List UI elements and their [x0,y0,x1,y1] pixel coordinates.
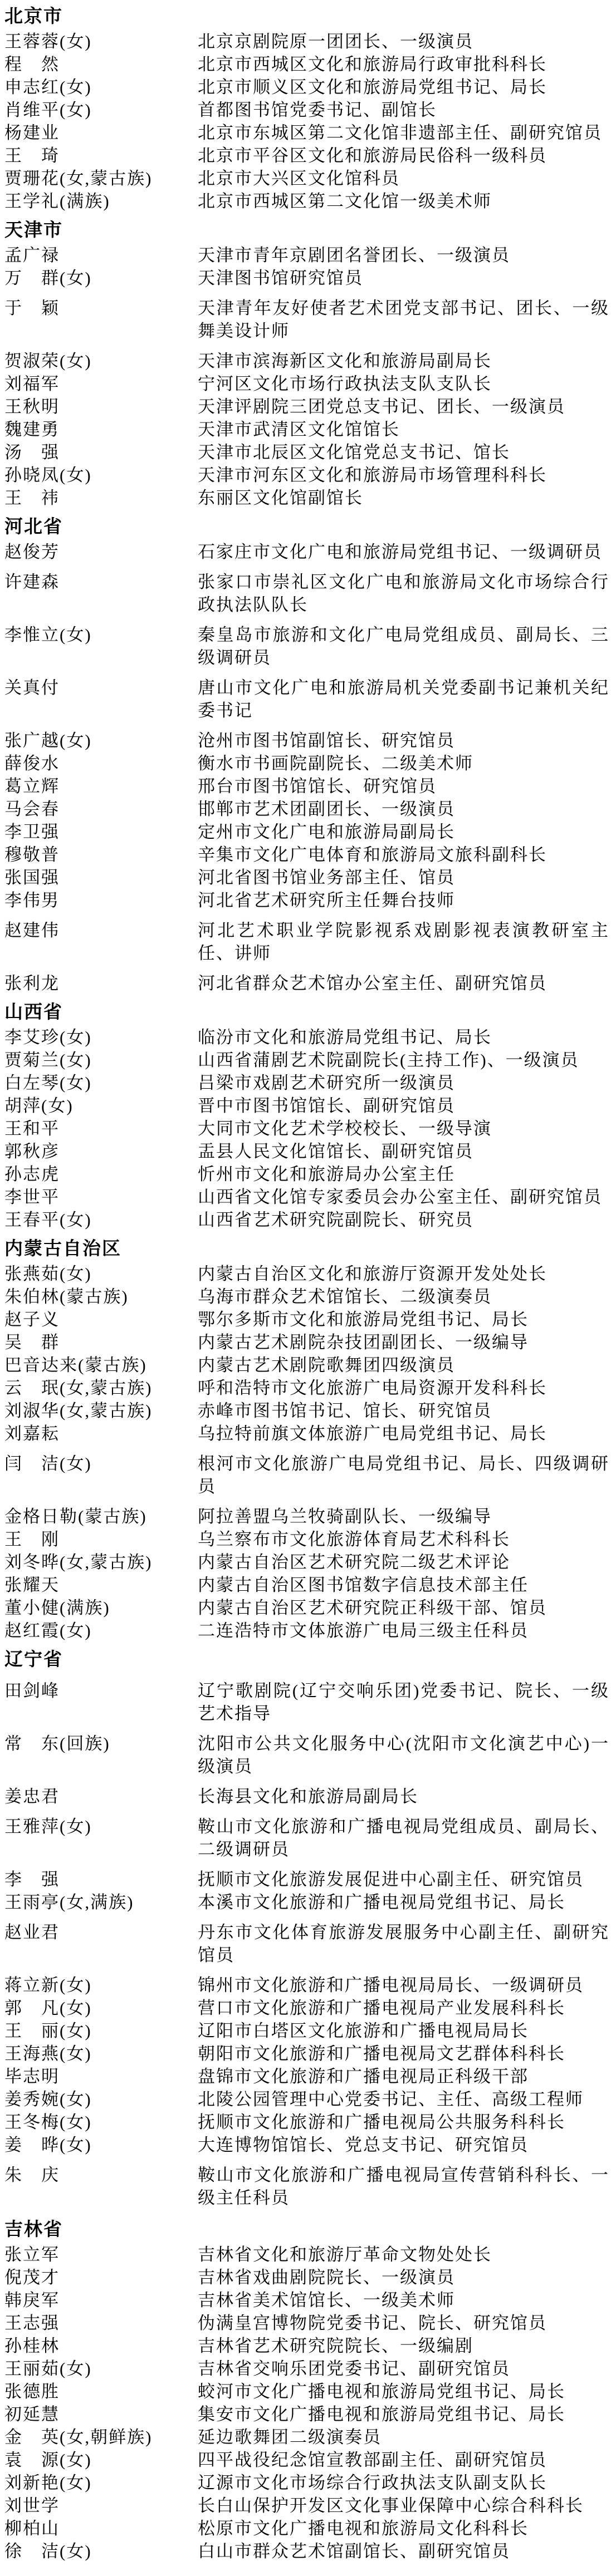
person-position: 乌拉特前旗文体旅游广电局党组书记、局长 [198,1422,609,1445]
person-position: 长海县文化和旅游局副局长 [198,1785,609,1808]
person-position: 山西省文化馆专家委员会办公室主任、副研究馆员 [198,1186,609,1208]
person-position: 盂县人民文化馆馆长、副研究馆员 [198,1140,609,1163]
person-position: 吉林省交响乐团党委书记、副研究馆员 [198,2357,609,2380]
entry-row: 王 丽(女)辽阳市白塔区文化旅游和广播电视局局长 [4,2019,609,2042]
person-position: 天津市北辰区文化馆党总支书记、馆长 [198,441,609,464]
entry-row: 张燕茹(女)内蒙古自治区文化和旅游厅资源开发处处长 [4,1262,609,1285]
person-name: 赵红霞(女) [4,1619,198,1642]
person-position: 辽宁歌剧院(辽宁交响乐团)党委书记、院长、一级艺术指导 [198,1679,609,1725]
person-name: 徐 洁(女) [4,2540,198,2563]
entry-row: 董小健(满族)内蒙古自治区艺术研究院正科级干部、馆员 [4,1596,609,1619]
entry-row: 杨建业北京市东城区第二文化馆非遗部主任、副研究馆员 [4,121,609,144]
entry-row: 倪茂才吉林省戏曲剧院院长、一级演员 [4,2266,609,2289]
person-name: 金 英(女,朝鲜族) [4,2426,198,2449]
person-name: 李 强 [4,1868,198,1891]
person-name: 汤 强 [4,441,198,464]
person-name: 程 然 [4,53,198,76]
person-name: 李伟男 [4,889,198,912]
person-name: 许建森 [4,571,198,593]
person-position: 蛟河市文化广播电视和旅游局党组书记、局长 [198,2380,609,2403]
entry-row: 刘新艳(女)辽源市文化市场综合行政执法支队副支队长 [4,2471,609,2494]
entry-row: 王 刚乌兰察布市文化旅游体育局艺术科科长 [4,1528,609,1551]
entry-row: 李卫强定州市文化广电和旅游局副局长 [4,820,609,843]
person-name: 薛俊水 [4,752,198,775]
person-position: 四平战役纪念馆宣教部副主任、副研究馆员 [198,2449,609,2471]
person-name: 韩戾军 [4,2289,198,2312]
person-position: 赤峰市图书馆书记、馆长、研究馆员 [198,1399,609,1422]
person-position: 延边歌舞团二级演奏员 [198,2426,609,2449]
entry-row: 薛俊水衡水市书画院副院长、二级美术师 [4,752,609,775]
person-position: 抚顺市文化旅游和广播电视局公共服务科科长 [198,2111,609,2133]
entry-row: 魏建勇天津市武清区文化馆馆长 [4,418,609,441]
person-name: 吴 群 [4,1331,198,1354]
entry-row: 金 英(女,朝鲜族)延边歌舞团二级演奏员 [4,2426,609,2449]
person-name: 王春平(女) [4,1208,198,1231]
entry-row: 马会春邯郸市艺术团副团长、一级演员 [4,798,609,820]
person-name: 王冬梅(女) [4,2111,198,2133]
person-name: 王秋明 [4,395,198,418]
entry-row: 贾珊花(女,蒙古族)北京市大兴区文化馆科员 [4,167,609,190]
person-name: 刘嘉耘 [4,1422,198,1445]
person-name: 姜秀婉(女) [4,2088,198,2111]
person-name: 王和平 [4,1117,198,1140]
person-name: 初延慧 [4,2403,198,2426]
entry-row: 姜 晔(女)大连博物馆馆长、党总支书记、研究馆员 [4,2133,609,2156]
person-name: 孙桂林 [4,2334,198,2357]
entry-row: 于 颖天津青年友好使者艺术团党支部书记、团长、一级舞美设计师 [4,297,609,342]
person-name: 贾珊花(女,蒙古族) [4,167,198,190]
person-name: 姜 晔(女) [4,2133,198,2156]
person-position: 北京京剧院原一团团长、一级演员 [198,30,609,53]
entry-row: 李惟立(女)秦皇岛市旅游和文化广电局党组成员、副局长、三级调研员 [4,623,609,669]
person-name: 毕志明 [4,2065,198,2088]
person-position: 盘锦市文化旅游和广播电视局正科级干部 [198,2065,609,2088]
person-position: 乌兰察布市文化旅游体育局艺术科科长 [198,1528,609,1551]
person-name: 朱 庆 [4,2164,198,2186]
person-position: 内蒙古艺术剧院杂技团副团长、一级编导 [198,1331,609,1354]
person-name: 李世平 [4,1186,198,1208]
person-position: 吉林省美术馆馆长、一级美术师 [198,2289,609,2312]
person-name: 葛立辉 [4,775,198,798]
person-name: 郭秋彦 [4,1140,198,1163]
person-position: 二连浩特市文体旅游广电局三级主任科员 [198,1619,609,1642]
entry-row: 刘淑华(女,蒙古族)赤峰市图书馆书记、馆长、研究馆员 [4,1399,609,1422]
entry-row: 王蓉蓉(女)北京京剧院原一团团长、一级演员 [4,30,609,53]
person-name: 刘淑华(女,蒙古族) [4,1399,198,1422]
person-name: 倪茂才 [4,2266,198,2289]
entry-row: 贺淑荣(女)天津市滨海新区文化和旅游局副局长 [4,350,609,372]
person-name: 魏建勇 [4,418,198,441]
person-position: 呼和浩特市文化旅游广电局资源开发科科长 [198,1377,609,1399]
person-position: 山西省蒲剧艺术院副院长(主持工作)、一级演员 [198,1049,609,1071]
person-position: 内蒙古自治区艺术研究院二级艺术评论 [198,1551,609,1574]
entry-row: 张立军吉林省文化和旅游厅革命文物处处长 [4,2243,609,2266]
entry-row: 葛立辉邢台市图书馆馆长、研究馆员 [4,775,609,798]
entry-row: 巴音达来(蒙古族)内蒙古艺术剧院歌舞团四级演员 [4,1354,609,1377]
person-position: 北京市大兴区文化馆科员 [198,167,609,190]
person-position: 忻州市文化和旅游局办公室主任 [198,1163,609,1186]
entry-row: 蒋立新(女)锦州市文化旅游和广播电视局局长、一级调研员 [4,1974,609,1997]
person-position: 本溪市文化旅游和广播电视局党组书记、局长 [198,1891,609,1914]
person-name: 贺淑荣(女) [4,350,198,372]
entry-row: 王春平(女)山西省艺术研究院副院长、研究员 [4,1208,609,1231]
person-name: 孟广禄 [4,244,198,267]
entry-row: 许建森张家口市崇礼区文化广电和旅游局文化市场综合行政执法队队长 [4,571,609,616]
entry-row: 刘世学长白山保护开发区文化事业保障中心综合科科长 [4,2494,609,2517]
entry-row: 万 群(女)天津图书馆研究馆员 [4,267,609,289]
person-name: 张国强 [4,866,198,889]
person-position: 辽阳市白塔区文化旅游和广播电视局局长 [198,2019,609,2042]
person-position: 张家口市崇礼区文化广电和旅游局文化市场综合行政执法队队长 [198,571,609,616]
person-position: 沈阳市公共文化服务中心(沈阳市文化演艺中心)一级演员 [198,1732,609,1778]
person-position: 内蒙古自治区文化和旅游厅资源开发处处长 [198,1262,609,1285]
person-name: 金格日勒(蒙古族) [4,1505,198,1528]
person-position: 松原市文化广播电视和旅游局文化科科长 [198,2517,609,2540]
person-name: 刘新艳(女) [4,2471,198,2494]
person-position: 宁河区文化市场行政执法支队支队长 [198,372,609,395]
person-name: 张德胜 [4,2380,198,2403]
person-name: 张立军 [4,2243,198,2266]
person-name: 张燕茹(女) [4,1262,198,1285]
person-position: 秦皇岛市旅游和文化广电局党组成员、副局长、三级调研员 [198,623,609,669]
person-name: 云 珉(女,蒙古族) [4,1377,198,1399]
province-heading: 河北省 [4,514,609,539]
person-position: 东丽区文化馆副馆长 [198,486,609,509]
person-position: 朝阳市文化旅游和广播电视局文艺群体科科长 [198,2042,609,2065]
entry-row: 朱伯林(蒙古族)乌海市群众艺术馆馆长、二级演奏员 [4,1285,609,1308]
person-position: 白山市群众艺术馆副馆长、副研究馆员 [198,2540,609,2563]
entry-row: 李 强抚顺市文化旅游发展促进中心副主任、研究馆员 [4,1868,609,1891]
entry-row: 肖维平(女)首都图书馆党委书记、副馆长 [4,99,609,121]
person-position: 河北省艺术研究所主任舞台技师 [198,889,609,912]
person-name: 白左琴(女) [4,1071,198,1094]
entry-row: 王雨亭(女,满族)本溪市文化旅游和广播电视局党组书记、局长 [4,1891,609,1914]
person-name: 姜忠君 [4,1785,198,1808]
province-heading: 天津市 [4,217,609,243]
person-name: 王丽茹(女) [4,2357,198,2380]
entry-row: 赵红霞(女)二连浩特市文体旅游广电局三级主任科员 [4,1619,609,1642]
person-position: 沧州市图书馆副馆长、研究馆员 [198,729,609,752]
person-name: 赵业君 [4,1921,198,1944]
person-position: 河北艺术职业学院影视系戏剧影视表演教研室主任、讲师 [198,919,609,965]
entry-row: 李世平山西省文化馆专家委员会办公室主任、副研究馆员 [4,1186,609,1208]
entry-row: 孙晓凤(女)天津市河东区文化和旅游局市场管理科科长 [4,464,609,486]
person-name: 王蓉蓉(女) [4,30,198,53]
entry-row: 袁 源(女)四平战役纪念馆宣教部副主任、副研究馆员 [4,2449,609,2471]
person-position: 北京市西城区第二文化馆一级美术师 [198,190,609,213]
person-name: 张耀天 [4,1574,198,1596]
person-position: 长白山保护开发区文化事业保障中心综合科科长 [198,2494,609,2517]
entry-row: 赵建伟河北艺术职业学院影视系戏剧影视表演教研室主任、讲师 [4,919,609,965]
entry-row: 朱 庆鞍山市文化旅游和广播电视局宣传营销科科长、一级主任科员 [4,2164,609,2209]
person-position: 天津市河东区文化和旅游局市场管理科科长 [198,464,609,486]
person-position: 乌海市群众艺术馆馆长、二级演奏员 [198,1285,609,1308]
person-name: 朱伯林(蒙古族) [4,1285,198,1308]
entry-row: 闫 洁(女)根河市文化旅游广电局党组书记、局长、四级调研员 [4,1452,609,1498]
person-position: 阿拉善盟乌兰牧骑副队长、一级编导 [198,1505,609,1528]
person-name: 王学礼(满族) [4,190,198,213]
person-name: 董小健(满族) [4,1596,198,1619]
document-page: 北京市王蓉蓉(女)北京京剧院原一团团长、一级演员程 然北京市西城区文化和旅游局行… [4,3,609,2563]
entry-row: 郭 凡(女)营口市文化旅游和广播电视局产业发展科科长 [4,1997,609,2019]
province-heading: 山西省 [4,999,609,1025]
entry-row: 姜秀婉(女)北陵公园管理中心党委书记、主任、高级工程师 [4,2088,609,2111]
entry-row: 白左琴(女)吕梁市戏剧艺术研究所一级演员 [4,1071,609,1094]
person-position: 丹东市文化体育旅游发展服务中心副主任、副研究馆员 [198,1921,609,1967]
person-position: 石家庄市文化广电和旅游局党组书记、一级调研员 [198,540,609,563]
person-name: 孙志虎 [4,1163,198,1186]
person-position: 定州市文化广电和旅游局副局长 [198,820,609,843]
entry-row: 王学礼(满族)北京市西城区第二文化馆一级美术师 [4,190,609,213]
entry-row: 赵业君丹东市文化体育旅游发展服务中心副主任、副研究馆员 [4,1921,609,1967]
person-name: 王 祎 [4,486,198,509]
person-name: 王 丽(女) [4,2019,198,2042]
person-position: 北京市顺义区文化和旅游局党组书记、局长 [198,76,609,99]
entry-row: 张德胜蛟河市文化广播电视和旅游局党组书记、局长 [4,2380,609,2403]
person-name: 万 群(女) [4,267,198,289]
entry-row: 王丽茹(女)吉林省交响乐团党委书记、副研究馆员 [4,2357,609,2380]
person-position: 河北省图书馆业务部主任、馆员 [198,866,609,889]
person-position: 天津市滨海新区文化和旅游局副局长 [198,350,609,372]
person-name: 王 刚 [4,1528,198,1551]
province-heading: 辽宁省 [4,1646,609,1672]
person-name: 张广越(女) [4,729,198,752]
person-position: 吉林省艺术研究院院长、一级编剧 [198,2334,609,2357]
person-name: 李惟立(女) [4,623,198,646]
person-position: 鞍山市文化旅游和广播电视局党组成员、副局长、二级调研员 [198,1815,609,1861]
person-position: 鞍山市文化旅游和广播电视局宣传营销科科长、一级主任科员 [198,2164,609,2209]
entry-row: 王秋明天津评剧院三团党总支书记、团长、一级演员 [4,395,609,418]
person-name: 赵建伟 [4,919,198,942]
entry-row: 穆敬普辛集市文化广电体育和旅游局文旅科副科长 [4,843,609,866]
person-name: 闫 洁(女) [4,1452,198,1475]
entry-row: 王 祎东丽区文化馆副馆长 [4,486,609,509]
person-name: 赵俊芳 [4,540,198,563]
person-name: 孙晓凤(女) [4,464,198,486]
province-heading: 内蒙古自治区 [4,1236,609,1261]
person-position: 锦州市文化旅游和广播电视局局长、一级调研员 [198,1974,609,1997]
entry-row: 云 珉(女,蒙古族)呼和浩特市文化旅游广电局资源开发科科长 [4,1377,609,1399]
person-name: 申志红(女) [4,76,198,99]
entry-row: 王志强伪满皇宫博物院党委书记、院长、研究馆员 [4,2312,609,2334]
person-position: 辛集市文化广电体育和旅游局文旅科副科长 [198,843,609,866]
person-name: 王海燕(女) [4,2042,198,2065]
person-name: 刘福军 [4,372,198,395]
entry-row: 关真付唐山市文化广电和旅游局机关党委副书记兼机关纪委书记 [4,676,609,722]
person-position: 吕梁市戏剧艺术研究所一级演员 [198,1071,609,1094]
person-position: 内蒙古自治区艺术研究院正科级干部、馆员 [198,1596,609,1619]
entry-row: 吴 群内蒙古艺术剧院杂技团副团长、一级编导 [4,1331,609,1354]
person-position: 内蒙古艺术剧院歌舞团四级演员 [198,1354,609,1377]
person-position: 天津评剧院三团党总支书记、团长、一级演员 [198,395,609,418]
person-name: 于 颖 [4,297,198,319]
entry-row: 申志红(女)北京市顺义区文化和旅游局党组书记、局长 [4,76,609,99]
entry-row: 张利龙河北省群众艺术馆办公室主任、副研究馆员 [4,972,609,995]
person-position: 天津市武清区文化馆馆长 [198,418,609,441]
person-position: 北陵公园管理中心党委书记、主任、高级工程师 [198,2088,609,2111]
person-name: 刘世学 [4,2494,198,2517]
entry-row: 徐 洁(女)白山市群众艺术馆副馆长、副研究馆员 [4,2540,609,2563]
entry-row: 刘嘉耘乌拉特前旗文体旅游广电局党组书记、局长 [4,1422,609,1445]
person-name: 杨建业 [4,121,198,144]
entry-row: 张国强河北省图书馆业务部主任、馆员 [4,866,609,889]
person-position: 大同市文化艺术学校校长、一级导演 [198,1117,609,1140]
entry-row: 胡萍(女)晋中市图书馆馆长、副研究馆员 [4,1094,609,1117]
person-position: 内蒙古自治区图书馆数字信息技术部主任 [198,1574,609,1596]
person-name: 李艾珍(女) [4,1026,198,1049]
person-position: 北京市平谷区文化和旅游局民俗科一级科员 [198,144,609,167]
entry-row: 姜忠君长海县文化和旅游局副局长 [4,1785,609,1808]
person-position: 天津图书馆研究馆员 [198,267,609,289]
entry-row: 程 然北京市西城区文化和旅游局行政审批科科长 [4,53,609,76]
person-position: 衡水市书画院副院长、二级美术师 [198,752,609,775]
person-position: 山西省艺术研究院副院长、研究员 [198,1208,609,1231]
person-name: 胡萍(女) [4,1094,198,1117]
entry-row: 初延慧集安市文化广播电视和旅游局党组书记、局长 [4,2403,609,2426]
person-name: 常 东(回族) [4,1732,198,1755]
person-name: 袁 源(女) [4,2449,198,2471]
person-name: 王志强 [4,2312,198,2334]
person-name: 马会春 [4,798,198,820]
person-position: 北京市西城区文化和旅游局行政审批科科长 [198,53,609,76]
person-position: 北京市东城区第二文化馆非遗部主任、副研究馆员 [198,121,609,144]
person-name: 穆敬普 [4,843,198,866]
entry-row: 王海燕(女)朝阳市文化旅游和广播电视局文艺群体科科长 [4,2042,609,2065]
entry-row: 王 琦北京市平谷区文化和旅游局民俗科一级科员 [4,144,609,167]
person-position: 天津市青年京剧团名誉团长、一级演员 [198,244,609,267]
person-name: 肖维平(女) [4,99,198,121]
entry-row: 孟广禄天津市青年京剧团名誉团长、一级演员 [4,244,609,267]
entry-row: 毕志明盘锦市文化旅游和广播电视局正科级干部 [4,2065,609,2088]
person-name: 巴音达来(蒙古族) [4,1354,198,1377]
person-position: 根河市文化旅游广电局党组书记、局长、四级调研员 [198,1452,609,1498]
person-position: 唐山市文化广电和旅游局机关党委副书记兼机关纪委书记 [198,676,609,722]
entry-row: 孙志虎忻州市文化和旅游局办公室主任 [4,1163,609,1186]
entry-row: 李伟男河北省艺术研究所主任舞台技师 [4,889,609,912]
entry-row: 张广越(女)沧州市图书馆副馆长、研究馆员 [4,729,609,752]
entry-row: 王和平大同市文化艺术学校校长、一级导演 [4,1117,609,1140]
person-position: 大连博物馆馆长、党总支书记、研究馆员 [198,2133,609,2156]
entry-row: 李艾珍(女)临汾市文化和旅游局党组书记、局长 [4,1026,609,1049]
person-name: 贾菊兰(女) [4,1049,198,1071]
person-name: 王雨亭(女,满族) [4,1891,198,1914]
person-name: 王 琦 [4,144,198,167]
person-position: 晋中市图书馆馆长、副研究馆员 [198,1094,609,1117]
person-name: 李卫强 [4,820,198,843]
entry-row: 汤 强天津市北辰区文化馆党总支书记、馆长 [4,441,609,464]
entry-row: 金格日勒(蒙古族)阿拉善盟乌兰牧骑副队长、一级编导 [4,1505,609,1528]
entry-row: 田剑峰辽宁歌剧院(辽宁交响乐团)党委书记、院长、一级艺术指导 [4,1679,609,1725]
entry-row: 韩戾军吉林省美术馆馆长、一级美术师 [4,2289,609,2312]
entry-row: 贾菊兰(女)山西省蒲剧艺术院副院长(主持工作)、一级演员 [4,1049,609,1071]
person-position: 营口市文化旅游和广播电视局产业发展科科长 [198,1997,609,2019]
person-position: 集安市文化广播电视和旅游局党组书记、局长 [198,2403,609,2426]
person-position: 首都图书馆党委书记、副馆长 [198,99,609,121]
person-position: 抚顺市文化旅游发展促进中心副主任、研究馆员 [198,1868,609,1891]
entry-row: 王雅萍(女)鞍山市文化旅游和广播电视局党组成员、副局长、二级调研员 [4,1815,609,1861]
entry-row: 郭秋彦盂县人民文化馆馆长、副研究馆员 [4,1140,609,1163]
person-position: 邯郸市艺术团副团长、一级演员 [198,798,609,820]
entry-row: 王冬梅(女)抚顺市文化旅游和广播电视局公共服务科科长 [4,2111,609,2133]
person-name: 赵子义 [4,1308,198,1331]
person-name: 田剑峰 [4,1679,198,1702]
province-heading: 北京市 [4,3,609,29]
entry-row: 刘福军宁河区文化市场行政执法支队支队长 [4,372,609,395]
person-position: 吉林省文化和旅游厅革命文物处处长 [198,2243,609,2266]
person-position: 伪满皇宫博物院党委书记、院长、研究馆员 [198,2312,609,2334]
person-name: 刘冬晔(女,蒙古族) [4,1551,198,1574]
person-name: 张利龙 [4,972,198,995]
entry-row: 孙桂林吉林省艺术研究院院长、一级编剧 [4,2334,609,2357]
province-heading: 吉林省 [4,2216,609,2242]
entry-row: 赵俊芳石家庄市文化广电和旅游局党组书记、一级调研员 [4,540,609,563]
person-name: 关真付 [4,676,198,699]
entry-row: 赵子义鄂尔多斯市文化和旅游局党组书记、局长 [4,1308,609,1331]
person-position: 辽源市文化市场综合行政执法支队副支队长 [198,2471,609,2494]
person-position: 河北省群众艺术馆办公室主任、副研究馆员 [198,972,609,995]
person-name: 柳柏山 [4,2517,198,2540]
entry-row: 刘冬晔(女,蒙古族)内蒙古自治区艺术研究院二级艺术评论 [4,1551,609,1574]
person-position: 临汾市文化和旅游局党组书记、局长 [198,1026,609,1049]
entry-row: 柳柏山松原市文化广播电视和旅游局文化科科长 [4,2517,609,2540]
person-position: 天津青年友好使者艺术团党支部书记、团长、一级舞美设计师 [198,297,609,342]
entry-row: 常 东(回族)沈阳市公共文化服务中心(沈阳市文化演艺中心)一级演员 [4,1732,609,1778]
person-name: 蒋立新(女) [4,1974,198,1997]
person-name: 王雅萍(女) [4,1815,198,1838]
person-position: 鄂尔多斯市文化和旅游局党组书记、局长 [198,1308,609,1331]
entry-row: 张耀天内蒙古自治区图书馆数字信息技术部主任 [4,1574,609,1596]
person-name: 郭 凡(女) [4,1997,198,2019]
person-position: 吉林省戏曲剧院院长、一级演员 [198,2266,609,2289]
person-position: 邢台市图书馆馆长、研究馆员 [198,775,609,798]
